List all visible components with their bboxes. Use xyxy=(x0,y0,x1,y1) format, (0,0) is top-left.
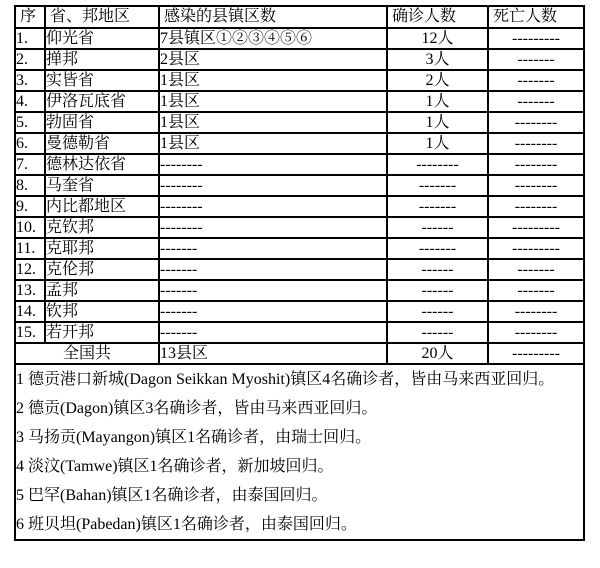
footnote-1: 1 德贡港口新城(Dagon Seikkan Myoshit)镇区4名确诊者，皆… xyxy=(16,365,583,394)
confirmed-cell: 1人 xyxy=(387,133,488,154)
townships-cell: 1县区 xyxy=(159,112,387,133)
confirmed-cell: 3人 xyxy=(387,49,488,70)
total-row: 全国共 13县区 20人 --------- xyxy=(15,343,584,364)
confirmed-cell: ------ xyxy=(387,301,488,322)
footnotes-list: 1 德贡港口新城(Dagon Seikkan Myoshit)镇区4名确诊者，皆… xyxy=(16,365,583,539)
seq-cell: 9. xyxy=(15,196,45,217)
region-cell: 钦邦 xyxy=(45,301,159,322)
townships-cell: -------- xyxy=(159,217,387,238)
table-row: 7.德林达依省------------------------ xyxy=(15,154,584,175)
confirmed-cell: -------- xyxy=(387,154,488,175)
table-row: 2.掸邦2县区3人------- xyxy=(15,49,584,70)
table-header: 序 省、邦地区 感染的县镇区数 确诊人数 死亡人数 xyxy=(15,6,584,28)
confirmed-cell: ------- xyxy=(387,175,488,196)
region-cell: 伊洛瓦底省 xyxy=(45,91,159,112)
region-cell: 克耶邦 xyxy=(45,238,159,259)
table-body: 1.仰光省7县镇区①②③④⑤⑥12人---------2.掸邦2县区3人----… xyxy=(15,28,584,343)
deaths-cell: -------- xyxy=(488,196,584,217)
townships-cell: ------- xyxy=(159,238,387,259)
confirmed-cell: ------- xyxy=(387,196,488,217)
townships-cell: ------- xyxy=(159,259,387,280)
document-page: 序 省、邦地区 感染的县镇区数 确诊人数 死亡人数 1.仰光省7县镇区①②③④⑤… xyxy=(14,5,600,541)
seq-cell: 8. xyxy=(15,175,45,196)
region-header: 省、邦地区 xyxy=(45,6,159,28)
region-cell: 勃固省 xyxy=(45,112,159,133)
footnotes-row: 1 德贡港口新城(Dagon Seikkan Myoshit)镇区4名确诊者，皆… xyxy=(15,364,584,540)
townships-cell: ------- xyxy=(159,322,387,343)
confirmed-cell: 12人 xyxy=(387,28,488,49)
region-cell: 仰光省 xyxy=(45,28,159,49)
deaths-cell: -------- xyxy=(488,133,584,154)
seq-cell: 6. xyxy=(15,133,45,154)
footnote-5: 5 巴罕(Bahan)镇区1名确诊者，由泰国回归。 xyxy=(16,481,583,510)
deaths-cell: -------- xyxy=(488,175,584,196)
seq-cell: 7. xyxy=(15,154,45,175)
confirmed-header: 确诊人数 xyxy=(387,6,488,28)
region-cell: 克伦邦 xyxy=(45,259,159,280)
seq-cell: 4. xyxy=(15,91,45,112)
region-cell: 德林达依省 xyxy=(45,154,159,175)
townships-cell: 1县区 xyxy=(159,91,387,112)
table-row: 14.钦邦--------------------- xyxy=(15,301,584,322)
table-row: 8.马奎省----------------------- xyxy=(15,175,584,196)
townships-cell: 7县镇区①②③④⑤⑥ xyxy=(159,28,387,49)
seq-cell: 2. xyxy=(15,49,45,70)
seq-cell: 14. xyxy=(15,301,45,322)
confirmed-cell: 2人 xyxy=(387,70,488,91)
confirmed-cell: 1人 xyxy=(387,112,488,133)
townships-cell: -------- xyxy=(159,175,387,196)
footnote-6: 6 班贝坦(Pabedan)镇区1名确诊者，由泰国回归。 xyxy=(16,510,583,539)
region-cell: 克钦邦 xyxy=(45,217,159,238)
table-row: 4.伊洛瓦底省1县区1人------- xyxy=(15,91,584,112)
townships-cell: ------- xyxy=(159,301,387,322)
region-cell: 孟邦 xyxy=(45,280,159,301)
total-townships-cell: 13县区 xyxy=(159,343,387,364)
seq-cell: 10. xyxy=(15,217,45,238)
confirmed-cell: ------ xyxy=(387,322,488,343)
deaths-cell: ------- xyxy=(488,49,584,70)
table-row: 3.实皆省1县区2人------- xyxy=(15,70,584,91)
table-row: 15.若开邦--------------------- xyxy=(15,322,584,343)
seq-cell: 11. xyxy=(15,238,45,259)
seq-header: 序 xyxy=(15,6,45,28)
deaths-header: 死亡人数 xyxy=(488,6,584,28)
region-cell: 马奎省 xyxy=(45,175,159,196)
table-row: 12.克伦邦-------------------- xyxy=(15,259,584,280)
townships-header: 感染的县镇区数 xyxy=(159,6,387,28)
deaths-cell: ------- xyxy=(488,70,584,91)
region-cell: 实皆省 xyxy=(45,70,159,91)
deaths-cell: ------- xyxy=(488,91,584,112)
townships-cell: ------- xyxy=(159,280,387,301)
seq-cell: 1. xyxy=(15,28,45,49)
confirmed-cell: 1人 xyxy=(387,91,488,112)
confirmed-cell: ------ xyxy=(387,280,488,301)
deaths-cell: -------- xyxy=(488,322,584,343)
seq-cell: 13. xyxy=(15,280,45,301)
table-row: 13.孟邦-------------------- xyxy=(15,280,584,301)
table-footer-body: 全国共 13县区 20人 --------- 1 德贡港口新城(Dagon Se… xyxy=(15,343,584,540)
table-row: 1.仰光省7县镇区①②③④⑤⑥12人--------- xyxy=(15,28,584,49)
region-cell: 曼德勒省 xyxy=(45,133,159,154)
confirmed-cell: ------- xyxy=(387,238,488,259)
townships-cell: -------- xyxy=(159,196,387,217)
table-row: 9.内比都地区----------------------- xyxy=(15,196,584,217)
townships-cell: 2县区 xyxy=(159,49,387,70)
region-cell: 若开邦 xyxy=(45,322,159,343)
townships-cell: -------- xyxy=(159,154,387,175)
total-deaths-cell: --------- xyxy=(488,343,584,364)
region-cell: 内比都地区 xyxy=(45,196,159,217)
townships-cell: 1县区 xyxy=(159,70,387,91)
header-row: 序 省、邦地区 感染的县镇区数 确诊人数 死亡人数 xyxy=(15,6,584,28)
deaths-cell: --------- xyxy=(488,28,584,49)
table-row: 6.曼德勒省1县区1人-------- xyxy=(15,133,584,154)
table-row: 5.勃固省1县区1人-------- xyxy=(15,112,584,133)
table-row: 10.克钦邦----------------------- xyxy=(15,217,584,238)
deaths-cell: -------- xyxy=(488,301,584,322)
footnote-3: 3 马扬贡(Mayangon)镇区1名确诊者，由瑞士回归。 xyxy=(16,423,583,452)
table-row: 11.克耶邦----------------------- xyxy=(15,238,584,259)
total-label-cell: 全国共 xyxy=(15,343,159,364)
footnote-2: 2 德贡(Dagon)镇区3名确诊者，皆由马来西亚回归。 xyxy=(16,394,583,423)
deaths-cell: ------- xyxy=(488,280,584,301)
seq-cell: 5. xyxy=(15,112,45,133)
confirmed-cell: ------ xyxy=(387,217,488,238)
deaths-cell: --------- xyxy=(488,238,584,259)
footnote-4: 4 淡汶(Tamwe)镇区1名确诊者，新加坡回归。 xyxy=(16,452,583,481)
deaths-cell: -------- xyxy=(488,154,584,175)
seq-cell: 3. xyxy=(15,70,45,91)
seq-cell: 12. xyxy=(15,259,45,280)
region-cell: 掸邦 xyxy=(45,49,159,70)
footnotes-cell: 1 德贡港口新城(Dagon Seikkan Myoshit)镇区4名确诊者，皆… xyxy=(15,364,584,540)
townships-cell: 1县区 xyxy=(159,133,387,154)
deaths-cell: --------- xyxy=(488,217,584,238)
infection-table: 序 省、邦地区 感染的县镇区数 确诊人数 死亡人数 1.仰光省7县镇区①②③④⑤… xyxy=(14,5,585,541)
seq-cell: 15. xyxy=(15,322,45,343)
confirmed-cell: ------ xyxy=(387,259,488,280)
deaths-cell: -------- xyxy=(488,112,584,133)
deaths-cell: ------- xyxy=(488,259,584,280)
total-confirmed-cell: 20人 xyxy=(387,343,488,364)
